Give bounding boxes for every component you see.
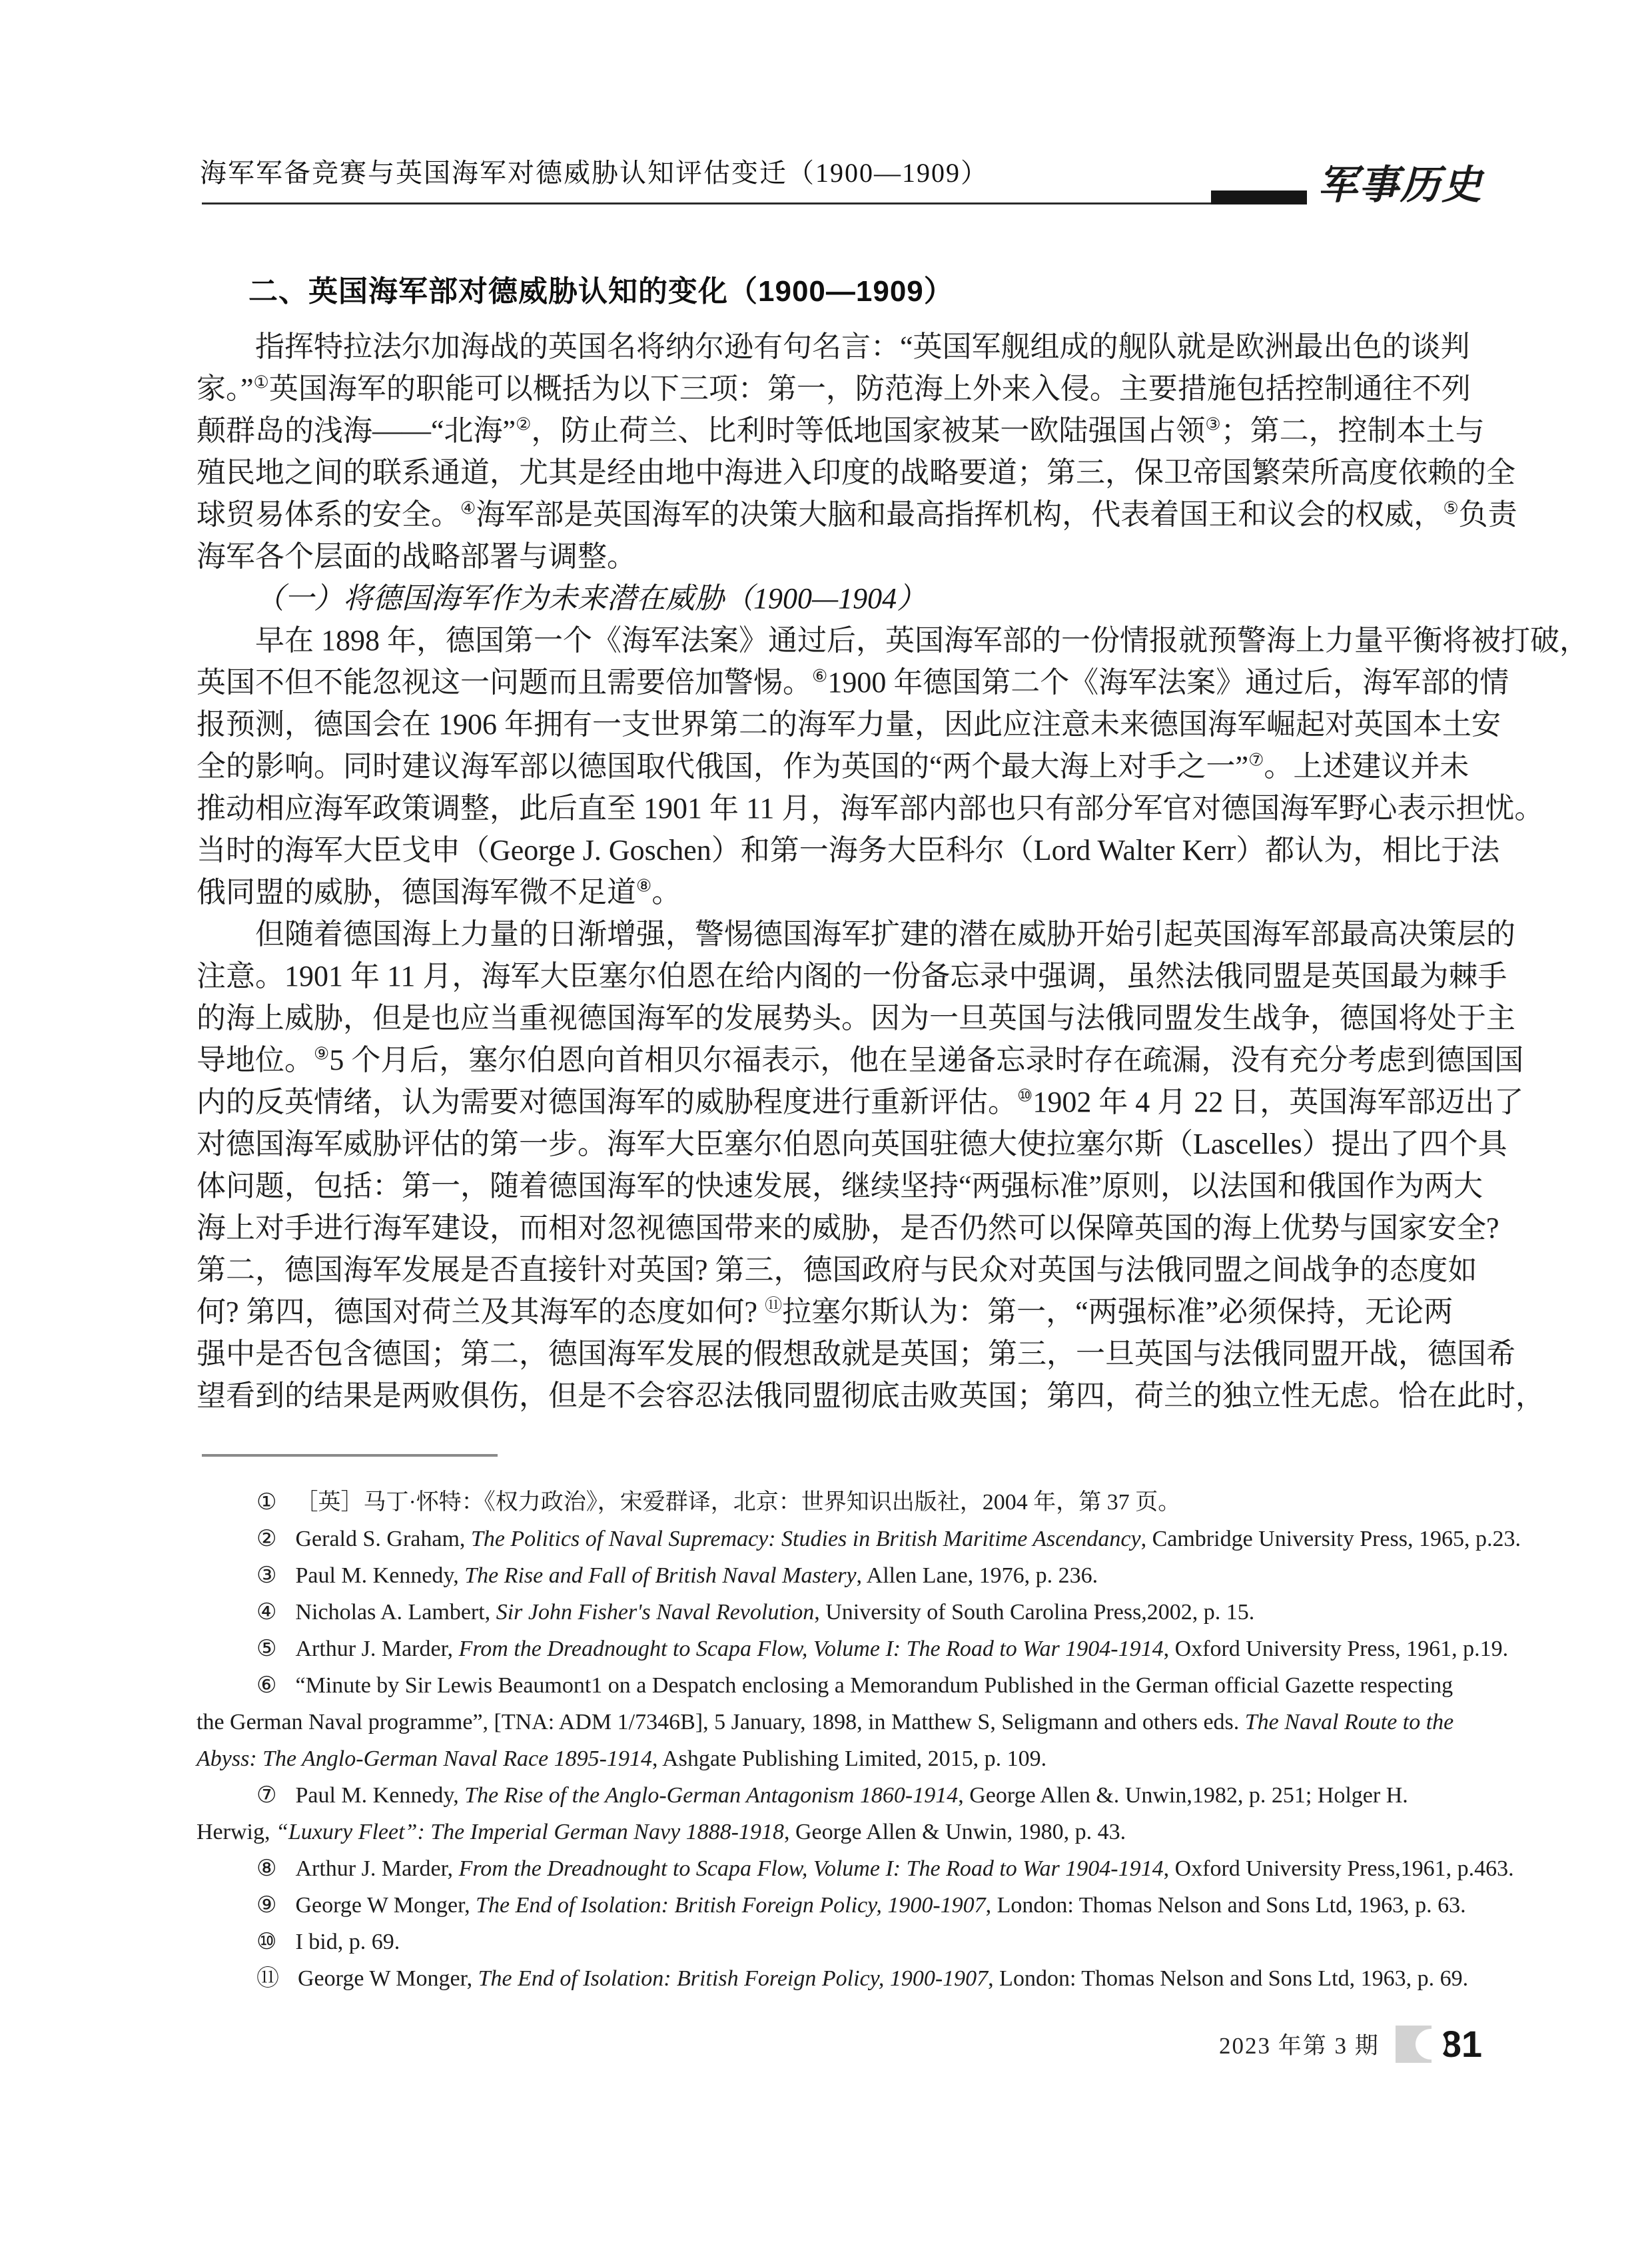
header-rule	[202, 202, 1307, 204]
footnote-marker: ⑥	[256, 1667, 276, 1704]
running-title: 海军军备竞赛与英国海军对德威胁认知评估变迁（1900—1909）	[200, 152, 989, 190]
footnote-text: the German Naval programme”, [TNA: ADM 1…	[197, 1710, 1245, 1734]
footnote-line: ⑩I bid, p. 69.	[197, 1924, 1457, 1960]
footnote-line: ⑥“Minute by Sir Lewis Beaumont1 on a Des…	[197, 1667, 1457, 1704]
footnote-text: Paul M. Kennedy,	[295, 1563, 464, 1588]
footnote-text: , London: Thomas Nelson and Sons Ltd, 19…	[988, 1966, 1468, 1991]
page-number: 81	[1441, 2022, 1482, 2065]
body-line: 俄同盟的威胁，德国海军微不足道⑧。	[197, 871, 1457, 913]
footnote-book-title: From the Dreadnought to Scapa Flow, Volu…	[459, 1637, 1164, 1661]
footnote-text: Gerald S. Graham,	[295, 1527, 470, 1551]
footnote-line: Abyss: The Anglo-German Naval Race 1895-…	[197, 1740, 1457, 1777]
footnote-line: ③Paul M. Kennedy, The Rise and Fall of B…	[197, 1557, 1457, 1594]
footnote-text: , Ashgate Publishing Limited, 2015, p. 1…	[652, 1746, 1046, 1771]
body-line: 海军各个层面的战略部署与调整。	[197, 536, 1457, 577]
body-line: 颠群岛的浅海——“北海”②，防止荷兰、比利时等低地国家被某一欧陆强国占领③；第二…	[197, 410, 1457, 452]
body-line: 对德国海军威胁评估的第一步。海军大臣塞尔伯恩向英国驻德大使拉塞尔斯（Lascel…	[197, 1123, 1457, 1165]
body-line: 早在 1898 年，德国第一个《海军法案》通过后，英国海军部的一份情报就预警海上…	[197, 619, 1457, 661]
subsection-heading: （一）将德国海军作为未来潜在威胁（1900—1904）	[197, 577, 1457, 619]
body-line: 内的反英情绪，认为需要对德国海军的威胁程度进行重新评估。⑩1902 年 4 月 …	[197, 1081, 1457, 1123]
footnote-book-title: The End of Isolation: British Foreign Po…	[478, 1966, 989, 1991]
footnote-line: Herwig, “Luxury Fleet”: The Imperial Ger…	[197, 1814, 1457, 1850]
page-footer: 2023 年第 3 期 81	[1219, 2022, 1482, 2065]
footnote-ref: ⑤	[1443, 498, 1458, 518]
body-line: 何? 第四，德国对荷兰及其海军的态度如何? ⑪拉塞尔斯认为：第一，“两强标准”必…	[197, 1291, 1457, 1333]
footnote-line: ④Nicholas A. Lambert, Sir John Fisher's …	[197, 1594, 1457, 1631]
body-line: 体问题，包括：第一，随着德国海军的快速发展，继续坚持“两强标准”原则，以法国和俄…	[197, 1165, 1457, 1207]
header-block-mark	[1211, 190, 1307, 204]
footnote-text: Herwig,	[197, 1820, 276, 1844]
footnote-book-title: The End of Isolation: British Foreign Po…	[476, 1893, 986, 1918]
footnote-marker: ⑦	[256, 1777, 276, 1814]
footnote-book-title: “Luxury Fleet”: The Imperial German Navy…	[276, 1820, 784, 1844]
footnote-text: , Oxford University Press, 1961, p.19.	[1164, 1637, 1509, 1661]
footnote-marker: ⑧	[256, 1850, 276, 1887]
footnote-text: ［英］马丁·怀特：《权力政治》，宋爱群译，北京：世界知识出版社，2004 年，第…	[295, 1490, 1180, 1515]
footnote-text: , Cambridge University Press, 1965, p.23…	[1141, 1527, 1521, 1551]
footnote-line: ②Gerald S. Graham, The Politics of Naval…	[197, 1521, 1457, 1557]
footnote-book-title: The Rise of the Anglo-German Antagonism …	[464, 1783, 958, 1808]
footnote-book-title: Sir John Fisher's Naval Revolution	[496, 1600, 815, 1625]
body-line: 指挥特拉法尔加海战的英国名将纳尔逊有句名言：“英国军舰组成的舰队就是欧洲最出色的…	[197, 326, 1457, 368]
body-line: 推动相应海军政策调整，此后直至 1901 年 11 月，海军部内部也只有部分军官…	[197, 787, 1457, 829]
journal-logo: 军事历史	[1318, 153, 1483, 210]
footnote-book-title: The Politics of Naval Supremacy: Studies…	[471, 1527, 1141, 1551]
footnote-book-title: From the Dreadnought to Scapa Flow, Volu…	[459, 1856, 1164, 1881]
footnote-ref: ④	[460, 498, 476, 518]
footnote-text: , George Allen & Unwin, 1980, p. 43.	[784, 1820, 1126, 1844]
footnote-text: George W Monger,	[295, 1893, 476, 1918]
footnote-text: I bid, p. 69.	[295, 1930, 400, 1954]
footnote-ref: ⑦	[1248, 750, 1264, 769]
body-line: 的海上威胁，但是也应当重视德国海军的发展势头。因为一旦英国与法俄同盟发生战争，德…	[197, 997, 1457, 1039]
journal-page: 海军军备竞赛与英国海军对德威胁认知评估变迁（1900—1909） 军事历史 二、…	[0, 0, 1652, 2242]
footnote-marker: ⑩	[256, 1924, 276, 1960]
footnote-divider	[202, 1454, 498, 1457]
footnote-ref: ③	[1205, 414, 1220, 434]
body-line: 球贸易体系的安全。④海军部是英国海军的决策大脑和最高指挥机构，代表着国王和议会的…	[197, 494, 1457, 536]
body-line: 报预测，德国会在 1906 年拥有一支世界第二的海军力量，因此应注意未来德国海军…	[197, 703, 1457, 745]
footnote-ref: ⑧	[636, 876, 651, 895]
footnote-text: , University of South Carolina Press,200…	[814, 1600, 1254, 1625]
body-line: 导地位。⑨5 个月后，塞尔伯恩向首相贝尔福表示，他在呈递备忘录时存在疏漏，没有充…	[197, 1039, 1457, 1081]
body-line: 第二，德国海军发展是否直接针对英国? 第三，德国政府与民众对英国与法俄同盟之间战…	[197, 1249, 1457, 1291]
footnote-line: ⑦Paul M. Kennedy, The Rise of the Anglo-…	[197, 1777, 1457, 1814]
footnote-marker: ③	[256, 1557, 276, 1594]
footnote-text: Nicholas A. Lambert,	[295, 1600, 496, 1625]
body-line: 注意。1901 年 11 月，海军大臣塞尔伯恩在给内阁的一份备忘录中强调，虽然法…	[197, 955, 1457, 997]
footnote-ref: ②	[516, 414, 531, 434]
footnote-marker: ⑪	[256, 1960, 279, 1997]
body-line: 殖民地之间的联系通道，尤其是经由地中海进入印度的战略要道；第三，保卫帝国繁荣所高…	[197, 452, 1457, 494]
page-number-badge	[1396, 2026, 1432, 2063]
footnote-marker: ④	[256, 1594, 276, 1631]
footnote-text: , Oxford University Press,1961, p.463.	[1164, 1856, 1514, 1881]
body-line: 强中是否包含德国；第二，德国海军发展的假想敌就是英国；第三，一旦英国与法俄同盟开…	[197, 1333, 1457, 1375]
footnote-line: ⑪George W Monger, The End of Isolation: …	[197, 1960, 1457, 1997]
footnote-text: , George Allen &. Unwin,1982, p. 251; Ho…	[958, 1783, 1408, 1808]
footnote-line: ①［英］马丁·怀特：《权力政治》，宋爱群译，北京：世界知识出版社，2004 年，…	[197, 1484, 1457, 1521]
article-body: 指挥特拉法尔加海战的英国名将纳尔逊有句名言：“英国军舰组成的舰队就是欧洲最出色的…	[197, 326, 1457, 1417]
body-line: 当时的海军大臣戈申（George J. Goschen）和第一海务大臣科尔（Lo…	[197, 829, 1457, 871]
body-line: 家。”①英国海军的职能可以概括为以下三项：第一，防范海上外来入侵。主要措施包括控…	[197, 368, 1457, 410]
footnotes: ①［英］马丁·怀特：《权力政治》，宋爱群译，北京：世界知识出版社，2004 年，…	[197, 1484, 1457, 1997]
footnote-ref: ⑩	[1017, 1086, 1032, 1105]
footnote-book-title: Abyss: The Anglo-German Naval Race 1895-…	[197, 1746, 652, 1771]
body-line: 但随着德国海上力量的日渐增强，警惕德国海军扩建的潜在威胁开始引起英国海军部最高决…	[197, 913, 1457, 955]
footnote-text: Paul M. Kennedy,	[295, 1783, 464, 1808]
footnote-ref: ⑥	[812, 666, 827, 685]
body-line: 全的影响。同时建议海军部以德国取代俄国，作为英国的“两个最大海上对手之一”⑦。上…	[197, 745, 1457, 787]
footnote-text: “Minute by Sir Lewis Beaumont1 on a Desp…	[295, 1673, 1453, 1698]
section-heading: 二、英国海军部对德威胁认知的变化（1900—1909）	[248, 267, 954, 310]
body-line: 望看到的结果是两败俱伤，但是不会容忍法俄同盟彻底击败英国；第四，荷兰的独立性无虑…	[197, 1375, 1457, 1417]
footnote-line: the German Naval programme”, [TNA: ADM 1…	[197, 1704, 1457, 1740]
footnote-marker: ②	[256, 1521, 276, 1557]
badge-notch-icon	[1416, 2029, 1446, 2059]
footnote-book-title: The Naval Route to the	[1245, 1710, 1454, 1734]
body-line: 英国不但不能忽视这一问题而且需要倍加警惕。⑥1900 年德国第二个《海军法案》通…	[197, 661, 1457, 703]
footnote-line: ⑧Arthur J. Marder, From the Dreadnought …	[197, 1850, 1457, 1887]
body-line: 海上对手进行海军建设，而相对忽视德国带来的威胁，是否仍然可以保障英国的海上优势与…	[197, 1207, 1457, 1249]
footnote-text: , Allen Lane, 1976, p. 236.	[857, 1563, 1098, 1588]
footnote-book-title: The Rise and Fall of British Naval Maste…	[464, 1563, 856, 1588]
footnote-ref: ⑪	[765, 1296, 782, 1315]
footnote-text: Arthur J. Marder,	[295, 1856, 458, 1881]
footnote-text: George W Monger,	[298, 1966, 478, 1991]
footnote-line: ⑨George W Monger, The End of Isolation: …	[197, 1887, 1457, 1924]
footnote-marker: ⑤	[256, 1631, 276, 1667]
footnote-text: Arthur J. Marder,	[295, 1637, 458, 1661]
footnote-marker: ①	[256, 1484, 276, 1521]
footnote-text: , London: Thomas Nelson and Sons Ltd, 19…	[986, 1893, 1466, 1918]
footnote-ref: ⑨	[314, 1044, 329, 1063]
footnote-ref: ①	[254, 372, 269, 392]
footnote-line: ⑤Arthur J. Marder, From the Dreadnought …	[197, 1631, 1457, 1667]
footnote-marker: ⑨	[256, 1887, 276, 1924]
issue-label: 2023 年第 3 期	[1219, 2028, 1380, 2061]
